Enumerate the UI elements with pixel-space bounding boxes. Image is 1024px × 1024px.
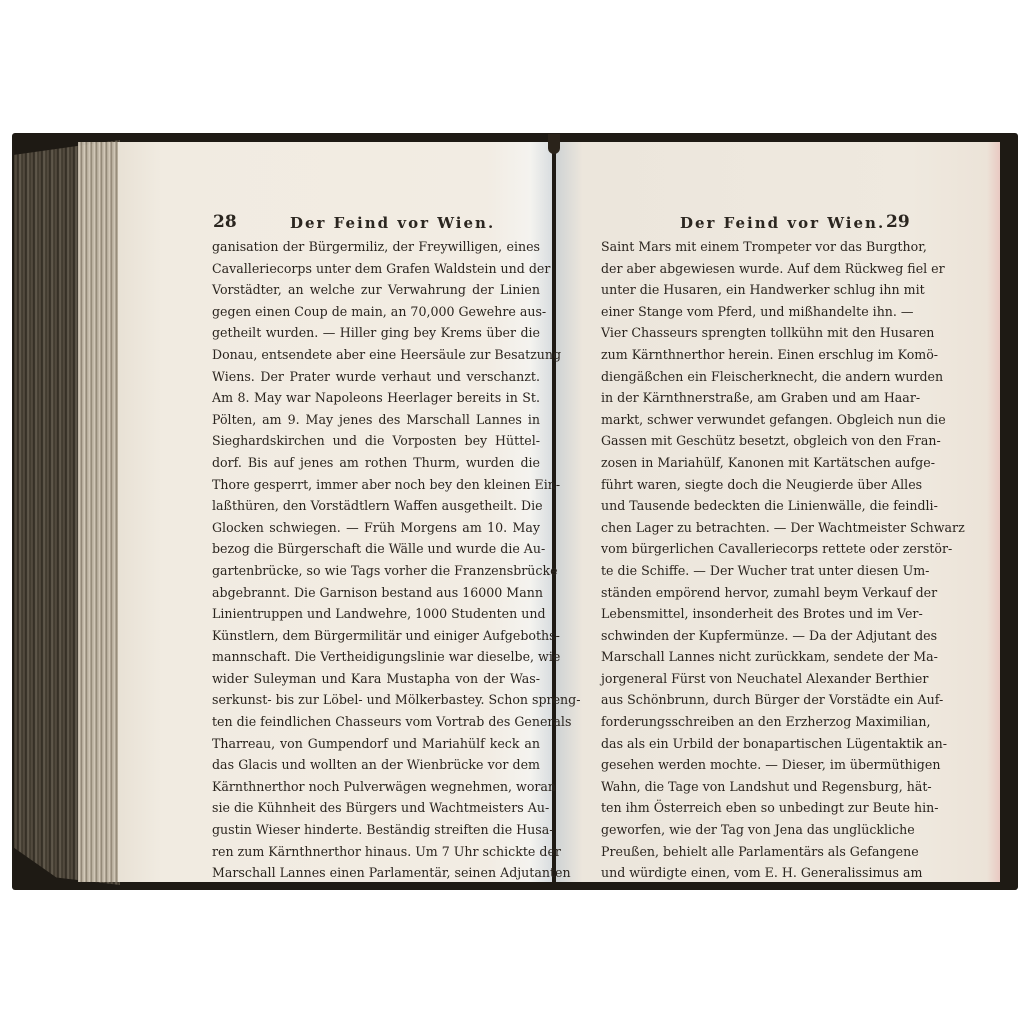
text-line: sie die Kühnheit des Bürgers und Wachtme… <box>212 797 540 819</box>
text-line: führt waren, siegte doch die Neugierde ü… <box>601 474 911 496</box>
text-line: einer Stange vom Pferd, und mißhandelte … <box>601 301 911 323</box>
text-line: wider Suleyman und Kara Mustapha von der… <box>212 668 540 690</box>
text-line: dorf. Bis auf jenes am rothen Thurm, wur… <box>212 452 540 474</box>
left-page-number: 28 <box>213 212 237 232</box>
text-line: markt, schwer verwundet gefangen. Obglei… <box>601 409 911 431</box>
text-line: Glocken schwiegen. — Früh Morgens am 10.… <box>212 517 540 539</box>
text-line: gesehen werden mochte. — Dieser, im über… <box>601 754 911 776</box>
text-line: Thore gesperrt, immer aber noch bey den … <box>212 474 540 496</box>
text-line: aus Schönbrunn, durch Bürger der Vorstäd… <box>601 689 911 711</box>
text-line: zum Kärnthnerthor herein. Einen erschlug… <box>601 344 911 366</box>
text-line: getheilt wurden. — Hiller ging bey Krems… <box>212 322 540 344</box>
text-line: Vorstädter, an welche zur Verwahrung der… <box>212 279 540 301</box>
book-gutter <box>548 134 560 154</box>
text-line: mannschaft. Die Vertheidigungslinie war … <box>212 646 540 668</box>
text-line: Vier Chasseurs sprengten tollkühn mit de… <box>601 322 911 344</box>
text-line: ren zum Kärnthnerthor hinaus. Um 7 Uhr s… <box>212 841 540 863</box>
right-page-body: Saint Mars mit einem Trompeter vor das B… <box>601 236 911 884</box>
text-line: Preußen, behielt alle Parlamentärs als G… <box>601 841 911 863</box>
text-line: schwinden der Kupfermünze. — Da der Adju… <box>601 625 911 647</box>
text-line: bezog die Bürgerschaft die Wälle und wur… <box>212 538 540 560</box>
right-page-number: 29 <box>886 212 910 232</box>
text-line: geworfen, wie der Tag von Jena das unglü… <box>601 819 911 841</box>
page-block-edges-light <box>78 142 118 882</box>
text-line: serkunst- bis zur Löbel- und Mölkerbaste… <box>212 689 540 711</box>
text-line: Cavalleriecorps unter dem Grafen Waldste… <box>212 258 540 280</box>
text-line: ten ihm Österreich eben so unbedingt zur… <box>601 797 911 819</box>
text-line: ständen empörend hervor, zumahl beym Ver… <box>601 582 911 604</box>
text-line: Wiens. Der Prater wurde verhaut und vers… <box>212 366 540 388</box>
text-line: zosen in Mariahülf, Kanonen mit Kartätsc… <box>601 452 911 474</box>
text-line: Donau, entsendete aber eine Heersäule zu… <box>212 344 540 366</box>
text-line: unter die Husaren, ein Handwerker schlug… <box>601 279 911 301</box>
text-line: abgebrannt. Die Garnison bestand aus 160… <box>212 582 540 604</box>
text-line: der aber abgewiesen wurde. Auf dem Rückw… <box>601 258 911 280</box>
text-line: in der Kärnthnerstraße, am Graben und am… <box>601 387 911 409</box>
text-line: das Glacis und wollten an der Wienbrücke… <box>212 754 540 776</box>
text-line: gartenbrücke, so wie Tags vorher die Fra… <box>212 560 540 582</box>
text-line: vom bürgerlichen Cavalleriecorps rettete… <box>601 538 911 560</box>
text-line: ten die feindlichen Chasseurs vom Vortra… <box>212 711 540 733</box>
text-line: te die Schiffe. — Der Wucher trat unter … <box>601 560 911 582</box>
text-line: Am 8. May war Napoleons Heerlager bereit… <box>212 387 540 409</box>
text-line: Kärnthnerthor noch Pulverwägen wegnehmen… <box>212 776 540 798</box>
text-line: Künstlern, dem Bürgermilitär und einiger… <box>212 625 540 647</box>
text-line: gustin Wieser hinderte. Beständig streif… <box>212 819 540 841</box>
text-line: und Tausende bedeckten die Linienwälle, … <box>601 495 911 517</box>
text-line: Wahn, die Tage von Landshut und Regensbu… <box>601 776 911 798</box>
text-line: diengäßchen ein Fleischerknecht, die and… <box>601 366 911 388</box>
text-line: Tharreau, von Gumpendorf und Mariahülf k… <box>212 733 540 755</box>
text-line: und würdigte einen, vom E. H. Generaliss… <box>601 862 911 884</box>
text-line: Linientruppen und Landwehre, 1000 Studen… <box>212 603 540 625</box>
text-line: chen Lager zu betrachten. — Der Wachtmei… <box>601 517 911 539</box>
text-line: forderungsschreiben an den Erzherzog Max… <box>601 711 911 733</box>
text-line: Marschall Lannes einen Parlamentär, sein… <box>212 862 540 884</box>
text-line: Lebensmittel, insonderheit des Brotes un… <box>601 603 911 625</box>
text-line: Marschall Lannes nicht zurückkam, sendet… <box>601 646 911 668</box>
text-line: Pölten, am 9. May jenes des Marschall La… <box>212 409 540 431</box>
text-line: Gassen mit Geschütz besetzt, obgleich vo… <box>601 430 911 452</box>
right-running-head: Der Feind vor Wien. <box>680 214 885 232</box>
text-line: laßthüren, den Vorstädtlern Waffen ausge… <box>212 495 540 517</box>
text-line: jorgeneral Fürst von Neuchatel Alexander… <box>601 668 911 690</box>
text-line: ganisation der Bürgermiliz, der Freywill… <box>212 236 540 258</box>
left-running-head: Der Feind vor Wien. <box>290 214 495 232</box>
left-page-body: ganisation der Bürgermiliz, der Freywill… <box>212 236 540 884</box>
text-line: das als ein Urbild der bonapartischen Lü… <box>601 733 911 755</box>
text-line: Sieghardskirchen und die Vorposten bey H… <box>212 430 540 452</box>
text-line: gegen einen Coup de main, an 70,000 Gewe… <box>212 301 540 323</box>
text-line: Saint Mars mit einem Trompeter vor das B… <box>601 236 911 258</box>
